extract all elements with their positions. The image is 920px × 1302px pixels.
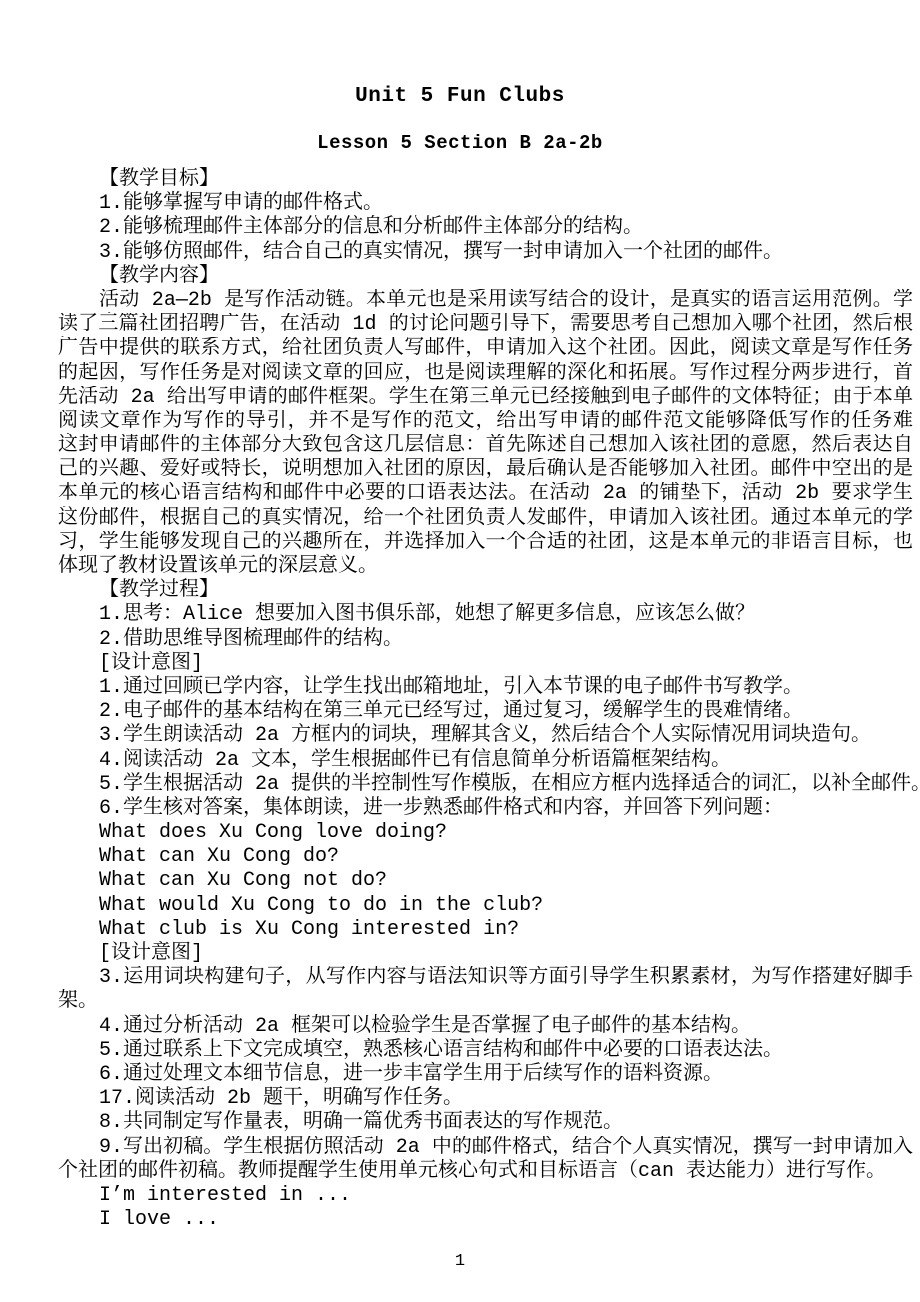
sentence-starter: I love ... [58,1208,913,1232]
design-intent-item: 4.通过分析活动 2a 框架可以检验学生是否掌握了电子邮件的基本结构。 [58,1015,913,1039]
page-footer: 1 [0,1252,920,1272]
section-header-objectives: 【教学目标】 [58,168,913,192]
paragraph-line: 习，学生能够发现自己的兴趣所在，并选择加入一个合适的社团，这是本单元的非语言目标… [58,531,913,555]
paragraph-line: 己的兴趣、爱好或特长，说明想加入社团的原因，最后确认是否能够加入社团。邮件中空出… [58,458,913,482]
section-header-process: 【教学过程】 [58,579,913,603]
process-step: 3.学生朗读活动 2a 方框内的词块，理解其含义，然后结合个人实际情况用词块造句… [58,724,913,748]
objective-item: 1.能够掌握写申请的邮件格式。 [58,192,913,216]
comprehension-question: What can Xu Cong not do? [58,869,913,893]
process-step: 2.借助思维导图梳理邮件的结构。 [58,628,913,652]
design-intent-item: 3.运用词块构建句子，从写作内容与语法知识等方面引导学生积累素材，为写作搭建好脚… [58,966,913,990]
paragraph-line: 这份邮件，根据自己的真实情况，给一个社团负责人发邮件，申请加入该社团。通过本单元… [58,507,913,531]
comprehension-question: What can Xu Cong do? [58,845,913,869]
process-step: 1.思考：Alice 想要加入图书俱乐部，她想了解更多信息，应该怎么做？ [58,603,913,627]
doc-subtitle: Lesson 5 Section B 2a-2b [0,131,920,155]
doc-title: Unit 5 Fun Clubs [0,0,920,110]
process-step: 5.学生根据活动 2a 提供的半控制性写作模版，在相应方框内选择适合的词汇，以补… [58,773,913,797]
page-number: 1 [455,1252,465,1271]
paragraph-line: 体现了教材设置该单元的深层意义。 [58,555,913,579]
design-intent-label: [设计意图] [58,942,913,966]
comprehension-question: What would Xu Cong to do in the club? [58,894,913,918]
process-step: 8.共同制定写作量表，明确一篇优秀书面表达的写作规范。 [58,1111,913,1135]
paragraph-line: 这封申请邮件的主体部分大致包含这几层信息：首先陈述自己想加入该社团的意愿，然后表… [58,434,913,458]
process-step: 个社团的邮件初稿。教师提醒学生使用单元核心句式和目标语言（can 表达能力）进行… [58,1160,913,1184]
paragraph-line: 读了三篇社团招聘广告，在活动 1d 的讨论问题引导下，需要思考自己想加入哪个社团… [58,313,913,337]
paragraph-line: 广告中提供的联系方式，给社团负责人写邮件，申请加入这个社团。因此，阅读文章是写作… [58,337,913,361]
objective-item: 3.能够仿照邮件，结合自己的真实情况，撰写一封申请加入一个社团的邮件。 [58,241,913,265]
doc-body: 【教学目标】 1.能够掌握写申请的邮件格式。 2.能够梳理邮件主体部分的信息和分… [0,168,920,1232]
paragraph-line: 本单元的核心语言结构和邮件中必要的口语表达法。在活动 2a 的铺垫下，活动 2b… [58,482,913,506]
section-header-content: 【教学内容】 [58,265,913,289]
process-step: 6.学生核对答案，集体朗读，进一步熟悉邮件格式和内容，并回答下列问题： [58,797,913,821]
design-intent-item: 6.通过处理文本细节信息，进一步丰富学生用于后续写作的语料资源。 [58,1063,913,1087]
paragraph-line: 阅读文章作为写作的导引，并不是写作的范文，给出写申请的邮件范文能够降低写作的任务… [58,410,913,434]
comprehension-question: What does Xu Cong love doing? [58,821,913,845]
paragraph-line: 先活动 2a 给出写申请的邮件框架。学生在第三单元已经接触到电子邮件的文体特征；… [58,386,913,410]
objective-item: 2.能够梳理邮件主体部分的信息和分析邮件主体部分的结构。 [58,216,913,240]
sentence-starter: I’m interested in ... [58,1184,913,1208]
process-step: 4.阅读活动 2a 文本，学生根据邮件已有信息简单分析语篇框架结构。 [58,749,913,773]
design-intent-label: [设计意图] [58,652,913,676]
comprehension-question: What club is Xu Cong interested in? [58,918,913,942]
design-intent-item: 2.电子邮件的基本结构在第三单元已经写过，通过复习，缓解学生的畏难情绪。 [58,700,913,724]
process-step: 9.写出初稿。学生根据仿照活动 2a 中的邮件格式，结合个人真实情况，撰写一封申… [58,1136,913,1160]
document-page: Unit 5 Fun Clubs Lesson 5 Section B 2a-2… [0,0,920,1302]
paragraph-line: 活动 2a—2b 是写作活动链。本单元也是采用读写结合的设计，是真实的语言运用范… [58,289,913,313]
process-step: 17.阅读活动 2b 题干，明确写作任务。 [58,1087,913,1111]
design-intent-item: 5.通过联系上下文完成填空，熟悉核心语言结构和邮件中必要的口语表达法。 [58,1039,913,1063]
design-intent-item: 1.通过回顾已学内容，让学生找出邮箱地址，引入本节课的电子邮件书写教学。 [58,676,913,700]
paragraph-line: 的起因，写作任务是对阅读文章的回应，也是阅读理解的深化和拓展。写作过程分两步进行… [58,362,913,386]
design-intent-item: 架。 [58,990,913,1014]
